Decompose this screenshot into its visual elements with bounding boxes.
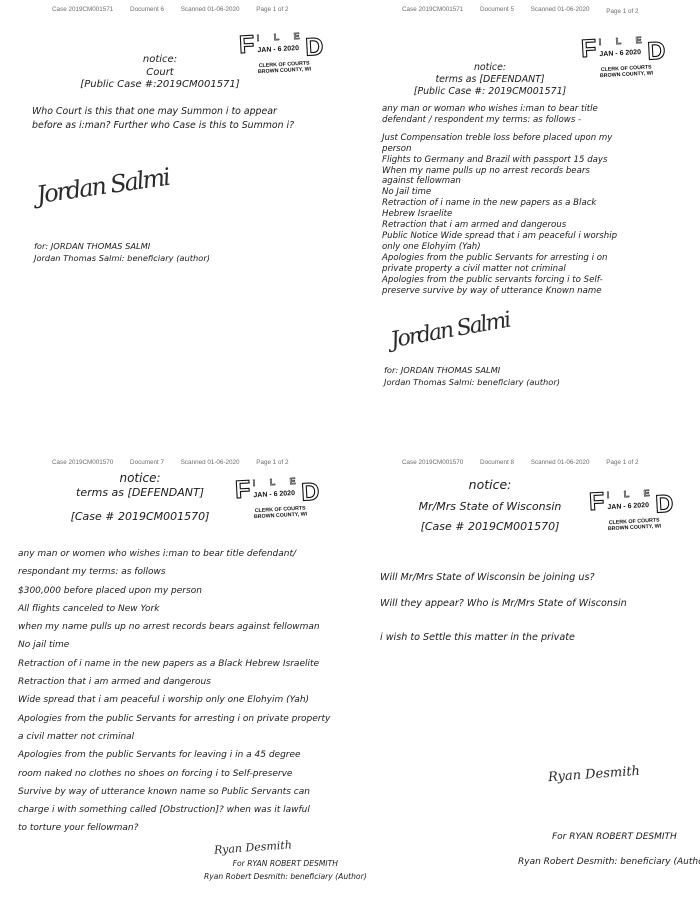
term-line: No jail time [18,636,340,654]
term-line: Apologies from the public servants forci… [382,275,687,286]
title-line: Court [70,67,250,80]
stamp-date: JAN - 6 2020 [257,45,299,54]
stamp-letter-f: F [588,488,605,515]
document-number: Document 5 [480,6,514,13]
scan-header: Case 2019CM001571 Document 5 Scanned 01-… [402,6,654,13]
signoff-line: For RYAN ROBERT DESMITH [204,857,367,870]
case-number: Case 2019CM001571 [402,6,463,13]
stamp-letter-d: D [305,34,324,61]
term-line: room naked no clothes no shoes on forcin… [18,765,340,783]
title-line: notice: [405,477,575,493]
signoff-line: for: JORDAN THOMAS SALMI [384,364,560,376]
case-number: Case 2019CM001570 [52,459,113,466]
signoff: For RYAN ROBERT DESMITH Ryan Robert Desm… [204,857,367,883]
signoff-line: Jordan Thomas Salmi: beneficiary (author… [384,376,560,388]
term-line: Public Notice Wide spread that i am peac… [382,231,687,242]
stamp-letter-d: D [655,491,674,518]
scanned-document-7: Case 2019CM001570 Document 7 Scanned 01-… [0,453,350,906]
term-line: $300,000 before placed upon my person [18,582,340,600]
stamp-date: JAN - 6 2020 [253,490,295,499]
scan-header: Case 2019CM001571 Document 6 Scanned 01-… [52,6,304,13]
term-line: respondant my terms: as follows [18,563,340,581]
stamp-clerk: CLERK OF COURTS BROWN COUNTY, WI [244,505,317,521]
document-number: Document 8 [480,459,514,466]
signature: Jordan Salmi [35,163,171,209]
term-line: When my name pulls up no arrest records … [382,166,687,177]
stamp-letter-f: F [234,476,251,503]
term-line: private property a civil matter not crim… [382,264,687,275]
title-line: terms as [DEFENDANT] [50,486,230,500]
stamp-letter-d: D [647,38,666,65]
filed-stamp: F I L E JAN - 6 2020 D CLERK OF COURTS B… [234,473,317,539]
title-line: [Case # 2019CM001570] [405,520,575,534]
scan-date: Scanned 01-06-2020 [531,6,590,13]
notice-body: Will Mr/Mrs State of Wisconsin be joinin… [380,565,690,651]
term-line: Just Compensation treble loss before pla… [382,133,687,144]
body-line: Will Mr/Mrs State of Wisconsin be joinin… [380,565,690,591]
term-line: Apologies from the public Servants for a… [382,253,687,264]
stamp-clerk: CLERK OF COURTS BROWN COUNTY, WI [590,64,663,80]
stamp-clerk: CLERK OF COURTS BROWN COUNTY, WI [598,517,671,533]
scanned-document-6: Case 2019CM001571 Document 6 Scanned 01-… [0,0,350,453]
title-line: Mr/Mrs State of Wisconsin [405,500,575,514]
signoff-line: For RYAN ROBERT DESMITH [518,825,700,850]
term-line: preserve survive by way of utterance Kno… [382,286,687,297]
body-line: before as i:man? Further who Case is thi… [32,119,332,133]
body-line: i wish to Settle this matter in the priv… [380,625,690,651]
intro-line: defendant / respondent my terms: as foll… [382,115,687,126]
term-line: a civil matter not criminal [18,728,340,746]
signature: Ryan Desmith [214,838,293,856]
signoff: For RYAN ROBERT DESMITH Ryan Robert Desm… [518,825,700,875]
scan-date: Scanned 01-06-2020 [181,6,240,13]
document-number: Document 7 [130,459,164,466]
stamp-date: JAN - 6 2020 [599,49,641,58]
term-line: Retraction that i am armed and dangerous [18,673,340,691]
case-number: Case 2019CM001570 [402,459,463,466]
stamp-date: JAN - 6 2020 [607,502,649,511]
term-line: All flights canceled to New York [18,600,340,618]
term-line: when my name pulls up no arrest records … [18,618,340,636]
term-line: Flights to Germany and Brazil with passp… [382,155,687,166]
title-line: notice: [70,54,250,67]
term-line: Hebrew Israelite [382,209,687,220]
notice-title: notice: Mr/Mrs State of Wisconsin [Case … [405,477,575,541]
page-indicator: Page 1 of 2 [606,8,638,15]
term-line: to torture your fellowman? [18,819,340,837]
term-line: Retraction of i name in the new papers a… [382,198,687,209]
stamp-letters-ile: I L E [607,488,656,501]
term-line: any man or women who wishes i:man to bea… [18,545,340,563]
filed-stamp: F I L E JAN - 6 2020 D CLERK OF COURTS B… [580,32,663,98]
stamp-letter-f: F [580,35,597,62]
stamp-letters-ile: I L E [253,476,302,489]
stamp-letter-d: D [301,479,320,506]
stamp-letters-ile: I L E [599,35,648,48]
title-line: notice: [390,62,590,74]
body-line: Who Court is this that one may Summon i … [32,105,332,119]
term-line: Wide spread that i am peaceful i worship… [18,691,340,709]
page-indicator: Page 1 of 2 [606,459,638,466]
stamp-letters-ile: I L E [257,31,306,44]
scan-header: Case 2019CM001570 Document 7 Scanned 01-… [52,459,304,466]
signoff-line: Ryan Robert Desmith: beneficiary (Author… [518,850,700,875]
term-line: against fellowman [382,176,687,187]
intro-line: any man or woman who wishes i:man to bea… [382,104,687,115]
term-line: Apologies from the public Servants for a… [18,710,340,728]
notice-title: notice: terms as [DEFENDANT] [Case # 201… [50,471,230,524]
term-line: Survive by way of utterance known name s… [18,783,340,801]
title-line: [Public Case #:2019CM001571] [70,79,250,92]
scan-date: Scanned 01-06-2020 [181,459,240,466]
case-number: Case 2019CM001571 [52,6,113,13]
title-line: notice: [50,471,230,486]
term-line: Apologies from the public Servants for l… [18,746,340,764]
term-line: Retraction of i name in the new papers a… [18,655,340,673]
signoff: for: JORDAN THOMAS SALMI Jordan Thomas S… [34,240,210,264]
notice-body: any man or women who wishes i:man to bea… [18,545,340,838]
signoff-line: Ryan Robert Desmith: beneficiary (Author… [204,870,367,883]
scanned-document-8: Case 2019CM001570 Document 8 Scanned 01-… [350,453,700,906]
signoff-line: Jordan Thomas Salmi: beneficiary (author… [34,252,210,264]
scan-date: Scanned 01-06-2020 [531,459,590,466]
signature: Ryan Desmith [548,764,641,785]
notice-body: Who Court is this that one may Summon i … [32,105,332,133]
term-line: Retraction that i am armed and dangerous [382,220,687,231]
title-line: terms as [DEFENDANT] [390,74,590,86]
term-line: only one Elohyim (Yah) [382,242,687,253]
title-line: [Case # 2019CM001570] [50,510,230,524]
body-line: Will they appear? Who is Mr/Mrs State of… [380,591,690,617]
term-line: person [382,144,687,155]
scan-header: Case 2019CM001570 Document 8 Scanned 01-… [402,459,654,466]
page-indicator: Page 1 of 2 [256,459,288,466]
scanned-document-5: Case 2019CM001571 Document 5 Scanned 01-… [350,0,700,453]
document-number: Document 6 [130,6,164,13]
notice-body: any man or woman who wishes i:man to bea… [382,104,687,296]
filed-stamp: F I L E JAN - 6 2020 D CLERK OF COURTS B… [238,28,321,94]
filed-stamp: F I L E JAN - 6 2020 D CLERK OF COURTS B… [588,485,671,551]
signature: Jordan Salmi [389,308,512,353]
page-indicator: Page 1 of 2 [256,6,288,13]
term-line: No Jail time [382,187,687,198]
notice-title: notice: terms as [DEFENDANT] [Public Cas… [390,62,590,97]
signoff: for: JORDAN THOMAS SALMI Jordan Thomas S… [384,364,560,388]
notice-title: notice: Court [Public Case #:2019CM00157… [70,54,250,92]
signoff-line: for: JORDAN THOMAS SALMI [34,240,210,252]
stamp-clerk: CLERK OF COURTS BROWN COUNTY, WI [248,60,321,76]
title-line: [Public Case #: 2019CM001571] [390,86,590,98]
term-line: charge i with something called [Obstruct… [18,801,340,819]
